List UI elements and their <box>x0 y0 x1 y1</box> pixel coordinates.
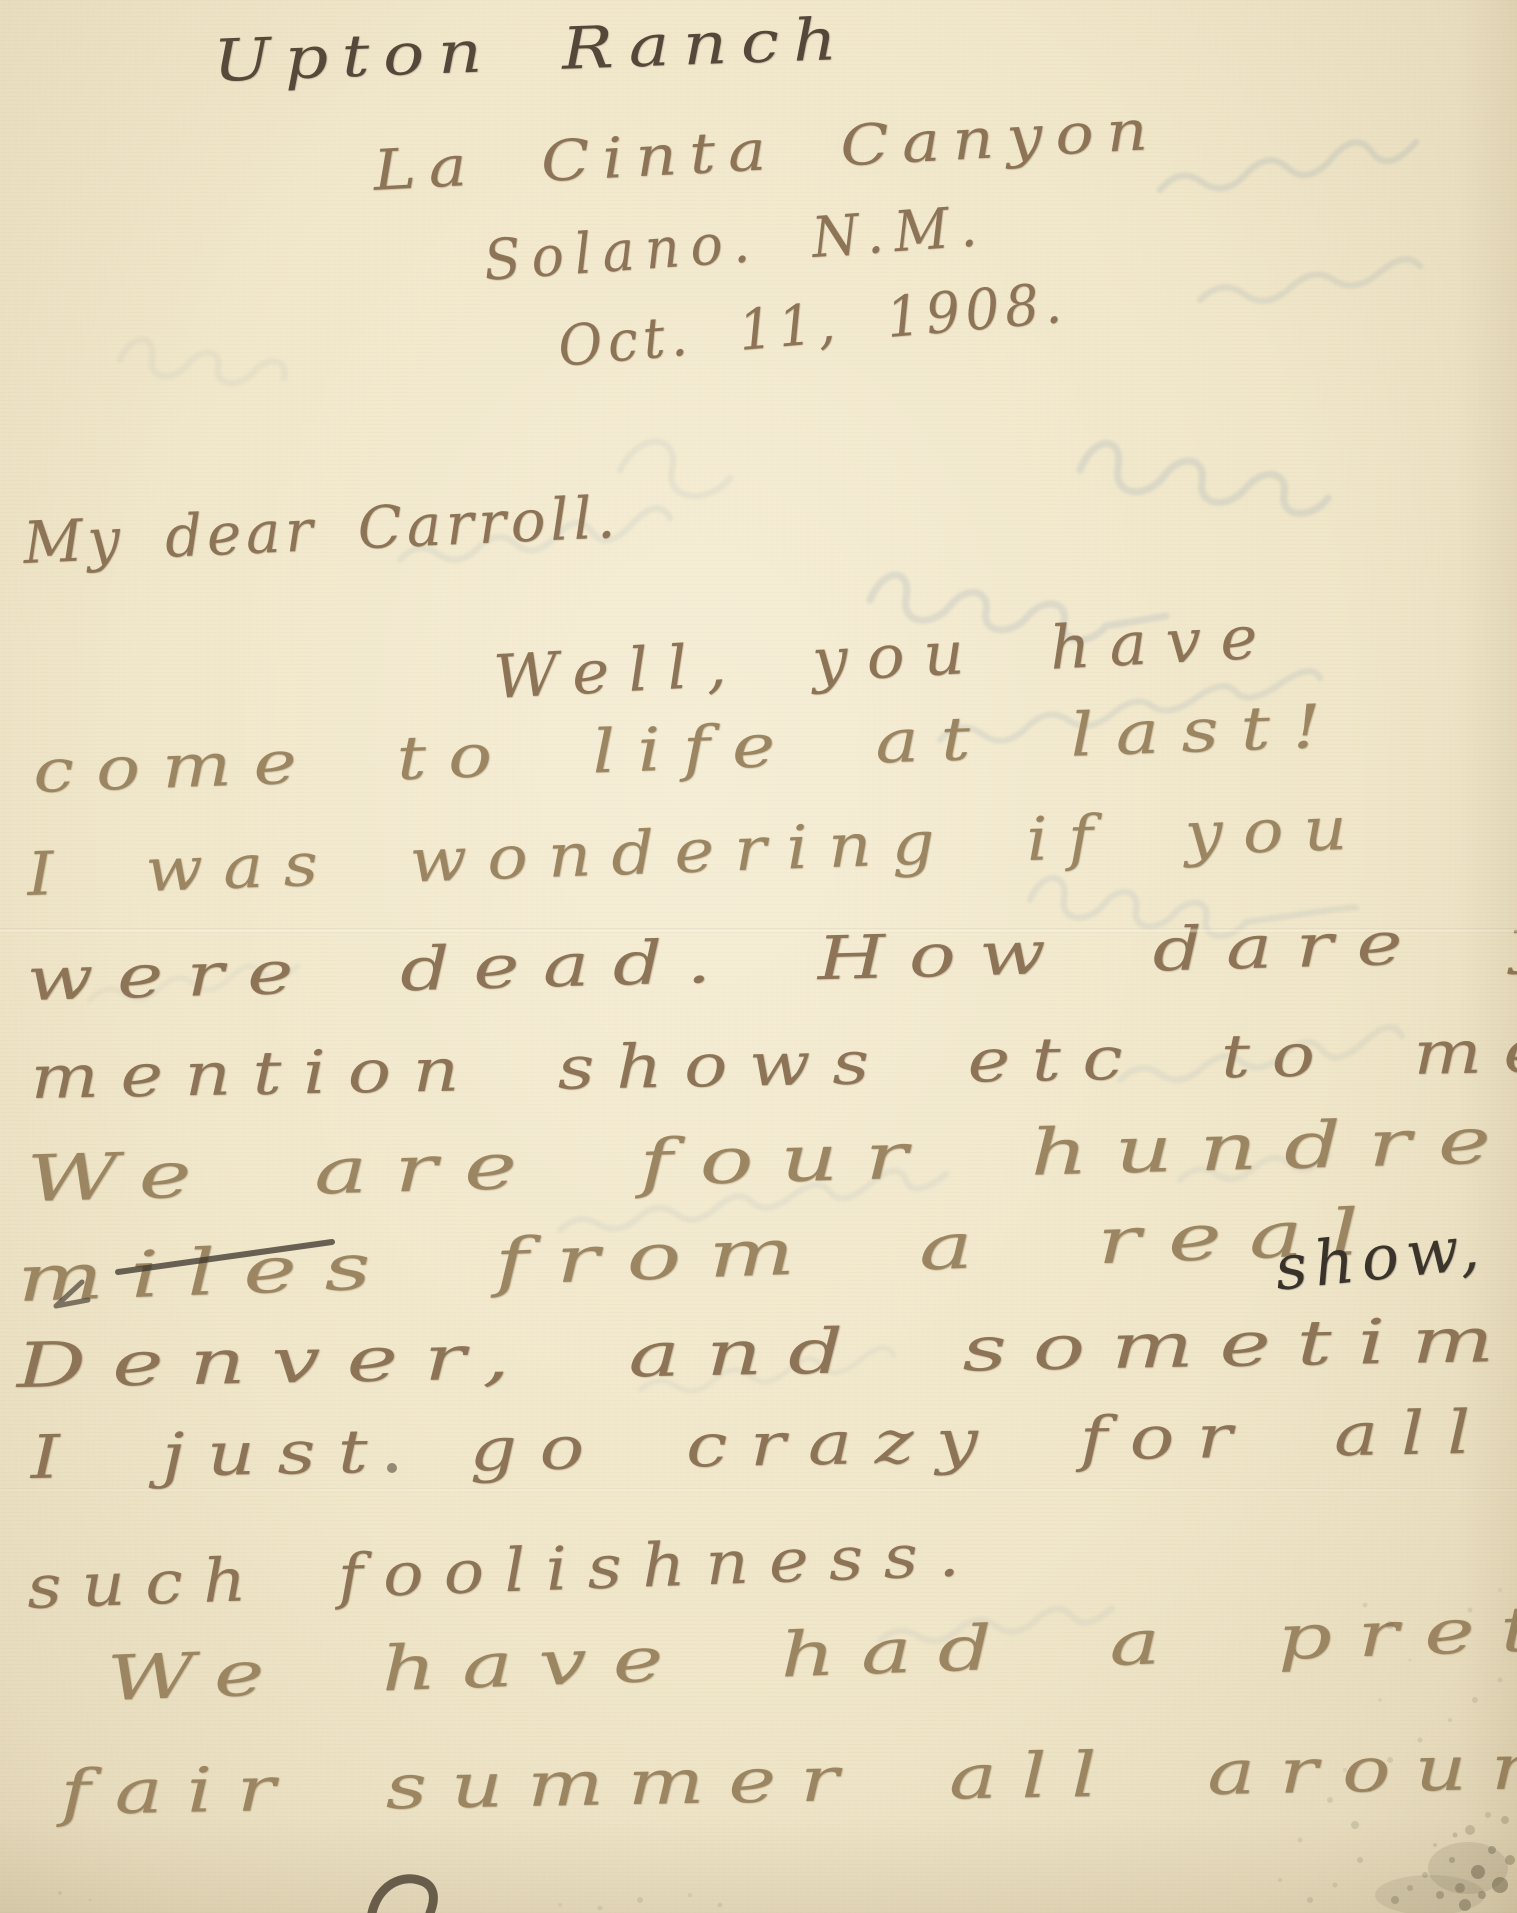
body-line-7: miles from a real <box>16 1200 1388 1312</box>
header-line-town: Solano. N.M. <box>482 199 989 290</box>
cutoff-pen-stroke <box>372 1879 433 1913</box>
header-line-canyon: La Cinta Canyon <box>372 103 1162 200</box>
body-line-3: I was wondering if you <box>26 798 1368 905</box>
body-line-5: mention shows etc to me! <box>30 1020 1517 1108</box>
letter-page: Upton Ranch La Cinta Canyon Solano. N.M.… <box>0 0 1517 1913</box>
inserted-word-show: show, <box>1272 1216 1489 1300</box>
header-line-date: Oct. 11, 1908. <box>556 276 1069 376</box>
salutation: My dear Carroll. <box>22 488 621 572</box>
body-line-1: Well, you have <box>492 607 1278 708</box>
body-line-4: were dead. How dare you <box>26 906 1517 1010</box>
body-line-2: come to life at last! <box>32 696 1344 802</box>
body-line-8: Denver, and sometimes <box>16 1306 1517 1397</box>
bottom-edge-speckles <box>58 1891 723 1911</box>
body-line-12: fair summer all around. <box>60 1734 1517 1824</box>
body-line-10: such foolishness. <box>26 1525 980 1618</box>
header-line-ranch: Upton Ranch <box>212 10 851 90</box>
body-line-6: We are four hundred <box>26 1107 1517 1212</box>
body-line-9: I just go crazy for all <box>30 1402 1493 1488</box>
